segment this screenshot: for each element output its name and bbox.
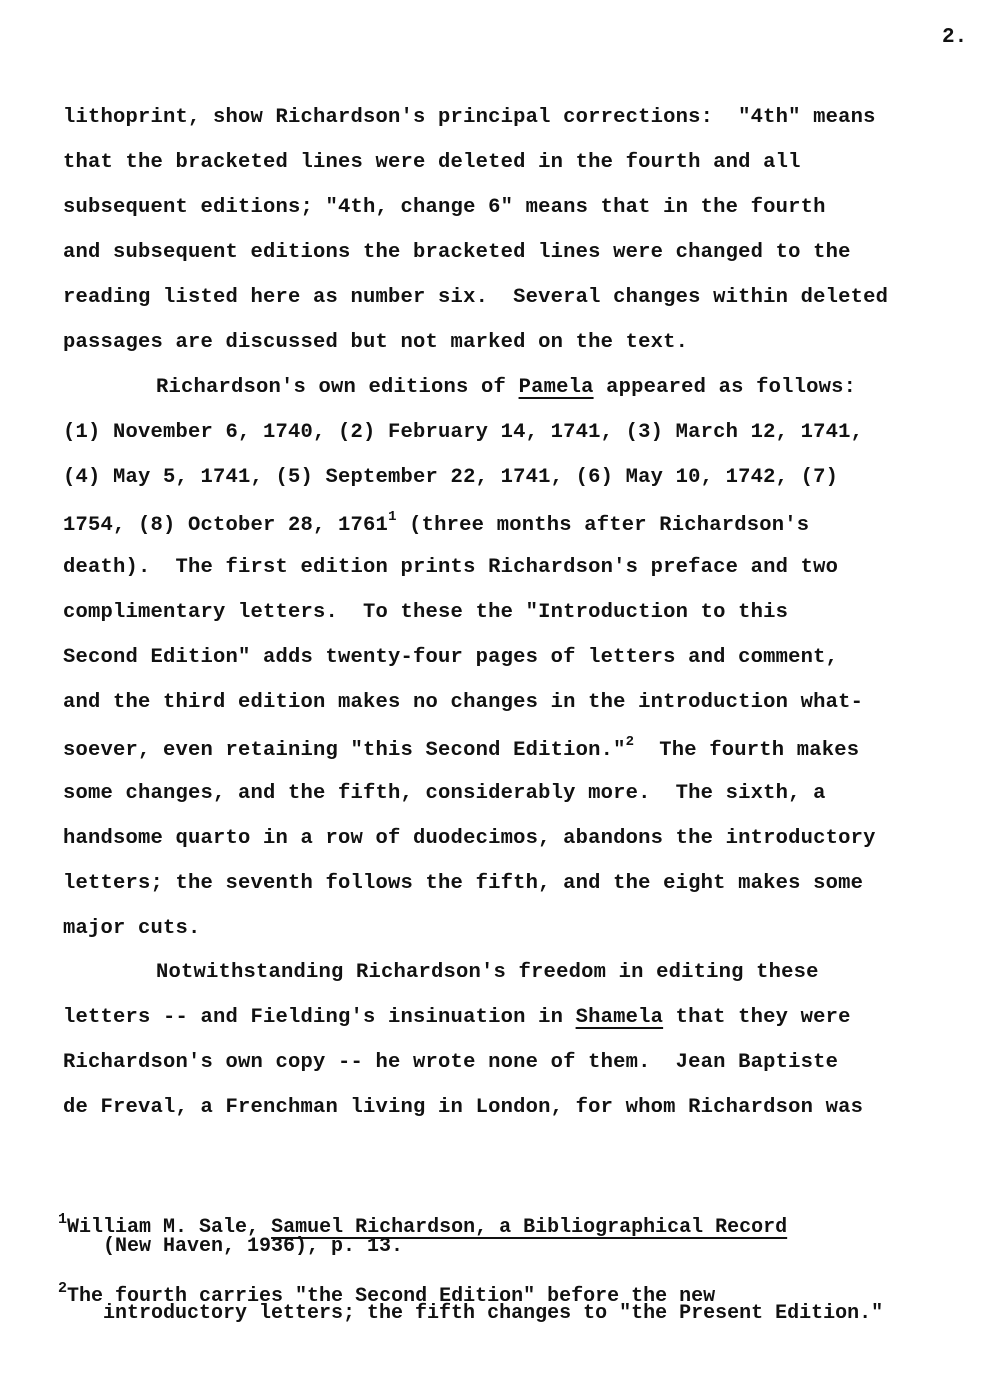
footnote-mark: 2 <box>58 1280 67 1297</box>
text-line: handsome quarto in a row of duodecimos, … <box>63 827 876 850</box>
text-line: (4) May 5, 1741, (5) September 22, 1741,… <box>63 466 838 489</box>
text-line: de Freval, a Frenchman living in London,… <box>63 1096 863 1119</box>
text-span: 1754, (8) October 28, 1761 <box>63 514 388 537</box>
text-line: passages are discussed but not marked on… <box>63 331 688 354</box>
text-line: subsequent editions; "4th, change 6" mea… <box>63 196 826 219</box>
text-line: (1) November 6, 1740, (2) February 14, 1… <box>63 421 863 444</box>
paragraph-start: Notwithstanding Richardson's freedom in … <box>156 961 819 984</box>
text-span: Richardson's own editions of <box>156 376 519 399</box>
text-span: that they were <box>663 1006 851 1029</box>
text-span: soever, even retaining "this Second Edit… <box>63 739 626 762</box>
footnote-1-cont: (New Haven, 1936), p. 13. <box>103 1235 403 1258</box>
footnote-mark: 1 <box>58 1211 67 1228</box>
text-line: major cuts. <box>63 917 201 940</box>
text-line: death). The first edition prints Richard… <box>63 556 838 579</box>
footnote-2-cont: introductory letters; the fifth changes … <box>103 1302 883 1325</box>
text-line: some changes, and the fifth, considerabl… <box>63 782 826 805</box>
footnote-ref-1: 1 <box>388 509 397 525</box>
text-line: complimentary letters. To these the "Int… <box>63 601 788 624</box>
text-line: lithoprint, show Richardson's principal … <box>63 106 876 129</box>
text-span: (three months after Richardson's <box>397 514 810 537</box>
book-title-pamela: Pamela <box>519 376 594 399</box>
text-line: and the third edition makes no changes i… <box>63 691 863 714</box>
book-title-shamela: Shamela <box>576 1006 664 1029</box>
text-line: Second Edition" adds twenty-four pages o… <box>63 646 838 669</box>
text-line: Richardson's own copy -- he wrote none o… <box>63 1051 838 1074</box>
text-span: letters -- and Fielding's insinuation in <box>63 1006 576 1029</box>
paragraph-start: Richardson's own editions of Pamela appe… <box>156 376 856 399</box>
text-span: The fourth makes <box>634 739 859 762</box>
text-line: that the bracketed lines were deleted in… <box>63 151 801 174</box>
text-span: appeared as follows: <box>594 376 857 399</box>
text-line: 1754, (8) October 28, 17611 (three month… <box>63 511 809 537</box>
footnote-ref-2: 2 <box>626 734 635 750</box>
text-line: letters; the seventh follows the fifth, … <box>63 872 863 895</box>
page-number: 2. <box>942 26 967 49</box>
text-line: and subsequent editions the bracketed li… <box>63 241 851 264</box>
text-line: letters -- and Fielding's insinuation in… <box>63 1006 851 1029</box>
text-line: soever, even retaining "this Second Edit… <box>63 736 859 762</box>
text-line: reading listed here as number six. Sever… <box>63 286 888 309</box>
